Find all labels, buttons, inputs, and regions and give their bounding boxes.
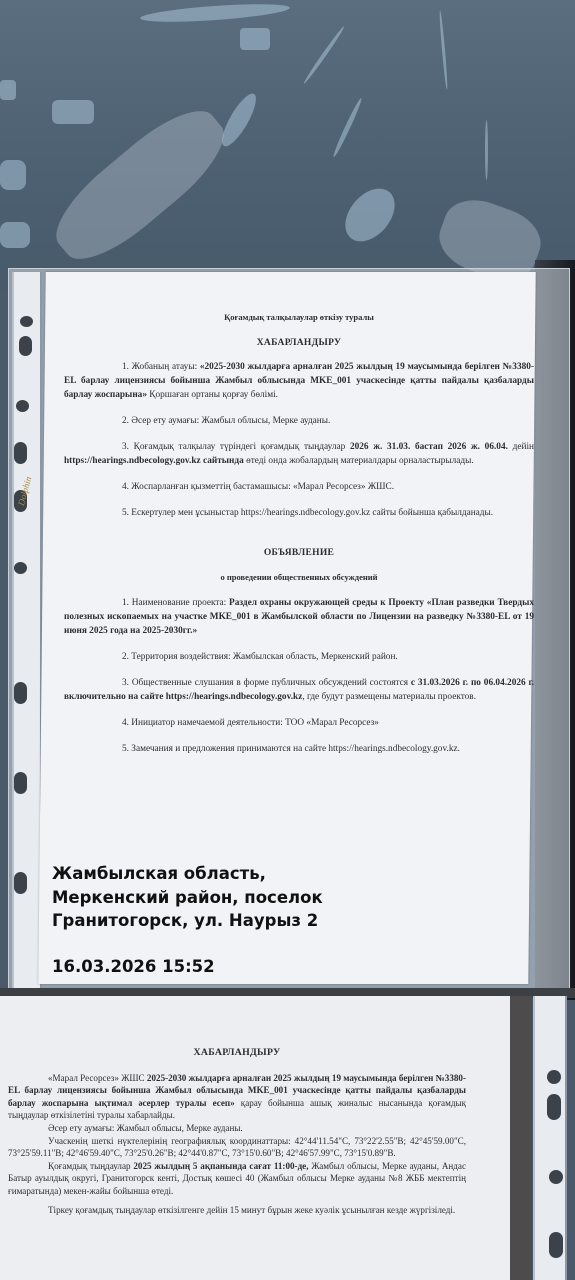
- notice-ru-item-1: 1. Наименование проекта: Раздел охраны о…: [64, 596, 534, 638]
- notice2-paragraph-3: Учаскенің шеткі нүктелерінің географиялы…: [8, 1135, 466, 1160]
- punch-hole: [14, 682, 27, 704]
- notice-kz-item-2: 2. Әсер ету аумағы: Жамбыл облысы, Мерке…: [64, 414, 534, 428]
- notice2-paragraph-1: «Марал Ресорсез» ЖШС 2025-2030 жылдарға …: [8, 1072, 466, 1122]
- punch-hole: [549, 1170, 563, 1184]
- notice-kz-item-1: 1. Жобаның атауы: «2025-2030 жылдарға ар…: [64, 360, 534, 402]
- reflection: [485, 120, 488, 180]
- notice-kz-item-4: 4. Жоспарланған қызметтің бастамашысы: «…: [64, 480, 534, 494]
- notice-kz-item-3: 3. Қоғамдық талқылау түріндегі қоғамдық …: [64, 440, 534, 468]
- reflection: [140, 1, 291, 25]
- glass-background: [0, 0, 575, 290]
- notice-ru-item-4: 4. Инициатор намечаемой деятельности: ТО…: [64, 716, 534, 730]
- notice2-paragraph-5: Тіркеу қоғамдық тыңдаулар өткізілгенге д…: [8, 1204, 466, 1217]
- reflection: [439, 10, 449, 90]
- punch-hole: [16, 400, 29, 412]
- punch-hole: [19, 336, 32, 356]
- sleeve-gap: [510, 996, 532, 1280]
- binder-strip-2: [533, 996, 567, 1280]
- notice-kz-title: ХАБАРЛАНДЫРУ: [64, 336, 534, 350]
- sleeve-brand-logo: Dolphin: [16, 475, 33, 506]
- punch-hole: [14, 562, 27, 574]
- notice-kz-subtitle: Қоғамдық талқылаулар өткізу туралы: [64, 310, 534, 324]
- notice2-paragraph-2: Әсер ету аумағы: Жамбыл облысы, Мерке ау…: [8, 1122, 466, 1135]
- stamp-datetime: 16.03.2026 15:52: [52, 955, 323, 979]
- binder-strip: Dolphin: [12, 272, 42, 988]
- stamp-line-3: Гранитогорск, ул. Наурыз 2: [52, 909, 323, 933]
- notice-ru-item-3: 3. Общественные слушания в форме публичн…: [64, 676, 534, 704]
- punch-hole: [14, 442, 27, 464]
- reflection: [331, 97, 363, 158]
- notice-kz-item-5: 5. Ескертулер мен ұсыныстар https://hear…: [64, 506, 534, 520]
- punch-hole: [547, 1094, 561, 1120]
- notice-ru-item-5: 5. Замечания и предложения принимаются н…: [64, 742, 534, 756]
- reflection: [335, 179, 404, 251]
- notice-document: Қоғамдық талқылаулар өткізу туралы ХАБАР…: [64, 310, 534, 768]
- punch-hole: [549, 1232, 563, 1258]
- punch-hole: [14, 872, 27, 894]
- stamp-line-1: Жамбылская область,: [52, 862, 323, 886]
- notice2-title: ХАБАРЛАНДЫРУ: [8, 1047, 466, 1060]
- notice2-paragraph-4: Қоғамдық тыңдаулар 2025 жылдың 5 ақпанын…: [8, 1160, 466, 1198]
- punch-hole: [14, 772, 27, 794]
- reflection: [240, 28, 270, 50]
- reflection: [0, 222, 30, 248]
- notice-ru-title: ОБЪЯВЛЕНИЕ: [64, 546, 534, 560]
- notice-ru-subtitle: о проведении общественных обсуждений: [64, 570, 534, 584]
- reflection: [302, 25, 345, 85]
- notice-document-2: ХАБАРЛАНДЫРУ «Марал Ресорсез» ЖШС 2025-2…: [8, 1047, 466, 1216]
- notice-ru-item-2: 2. Территория воздействия: Жамбылская об…: [64, 650, 534, 664]
- reflection: [0, 160, 26, 190]
- reflection: [52, 100, 94, 124]
- punch-hole: [20, 316, 33, 327]
- reflection: [216, 90, 262, 151]
- punch-hole: [547, 1070, 561, 1084]
- photo-location-stamp: Жамбылская область, Меркенский район, по…: [52, 862, 323, 978]
- reflection: [0, 80, 16, 100]
- stamp-line-2: Меркенский район, поселок: [52, 886, 323, 910]
